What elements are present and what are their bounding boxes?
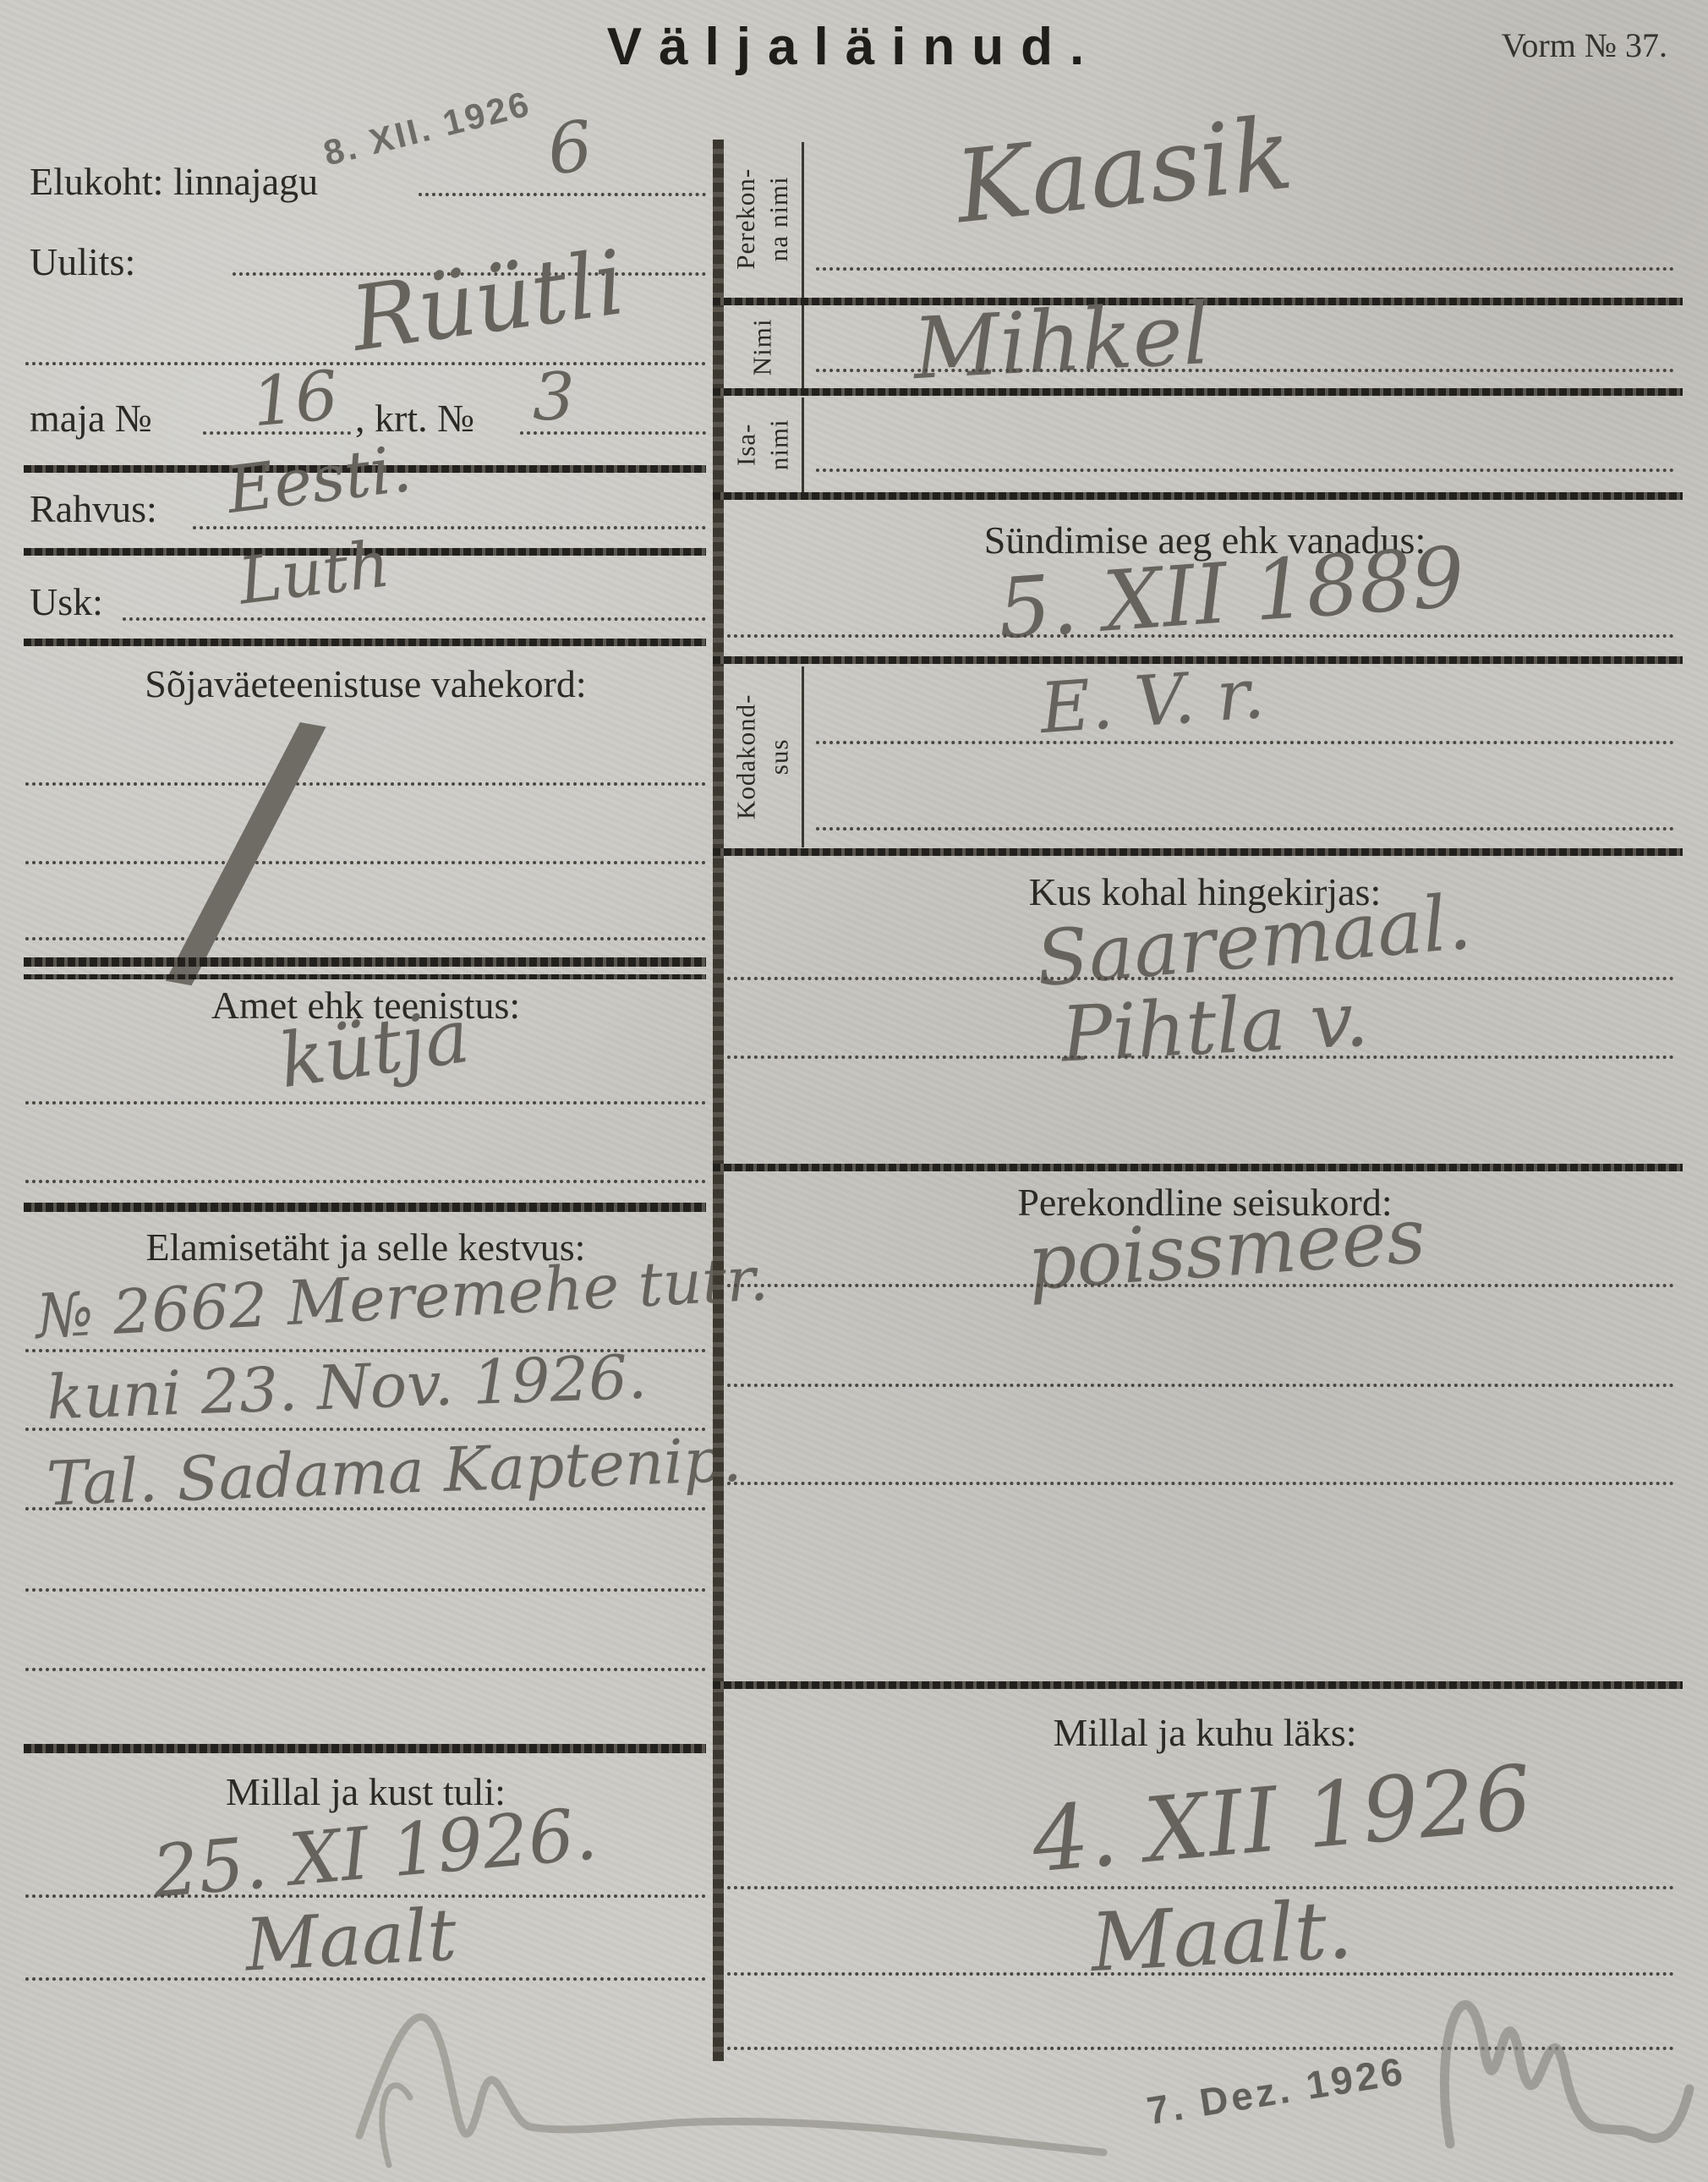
permit-line-4 xyxy=(25,1588,706,1592)
departure-heading: Millal ja kuhu läks: xyxy=(727,1710,1683,1755)
surname-value-handwriting: Kaasik xyxy=(950,95,1298,246)
registration-card: Väljaläinud. Vorm № 37. Elukoht: linnaja… xyxy=(0,0,1708,2182)
military-slash-mark: / xyxy=(161,669,332,1022)
citizenship-line-1 xyxy=(816,741,1674,744)
fathername-label-separator xyxy=(802,397,804,492)
permit-line2-handwriting: kuni 23. Nov. 1926. xyxy=(46,1341,649,1434)
section-rule xyxy=(24,1203,706,1212)
received-date-stamp: 8. XII. 1926 xyxy=(320,83,535,173)
section-rule xyxy=(713,848,1683,856)
citizenship-label-separator xyxy=(802,666,804,847)
departed-date-stamp: 7. Dez. 1926 xyxy=(1144,2048,1409,2134)
nationality-value-handwriting: Eesti. xyxy=(222,430,415,528)
residence-line xyxy=(419,193,706,196)
permit-line3-handwriting: Tal. Sadama Kaptenip. xyxy=(46,1424,743,1520)
departure-line-1 xyxy=(727,1886,1674,1889)
residence-value-handwriting: 6 xyxy=(544,107,596,191)
religion-line xyxy=(123,617,706,621)
section-rule xyxy=(24,957,706,967)
fathername-line xyxy=(816,469,1674,472)
register-line2-handwriting: Pihtla v. xyxy=(1059,975,1371,1080)
firstname-value-handwriting: Mihkel xyxy=(911,284,1212,398)
form-number: Vorm № 37. xyxy=(1502,25,1667,65)
street-label: Uulits: xyxy=(30,239,135,284)
marital-line-1 xyxy=(727,1284,1674,1287)
fathername-label: Isa- nimi xyxy=(724,397,802,492)
occupation-line-1 xyxy=(25,1101,706,1105)
house-label: maja № xyxy=(30,396,152,441)
section-rule xyxy=(24,1744,706,1753)
residence-label: Elukoht: linnajagu xyxy=(30,159,318,204)
section-rule xyxy=(713,388,1683,396)
firstname-label: Nimi xyxy=(724,305,802,388)
street-line-2 xyxy=(25,362,706,365)
occupation-line-2 xyxy=(25,1180,706,1183)
departure-date-handwriting: 4. XII 1926 xyxy=(1028,1746,1536,1892)
pencil-signature-left xyxy=(338,1962,1133,2178)
register-line-1 xyxy=(727,977,1674,980)
apartment-value-handwriting: 3 xyxy=(533,359,575,436)
firstname-label-separator xyxy=(802,305,804,388)
military-line-3 xyxy=(25,937,706,940)
nationality-label: Rahvus: xyxy=(30,486,157,531)
military-line-1 xyxy=(25,782,706,786)
house-value-handwriting: 16 xyxy=(249,356,342,442)
marital-line-3 xyxy=(727,1482,1674,1485)
surname-label: Perekon- na nimi xyxy=(724,142,802,296)
nationality-line xyxy=(193,526,706,529)
birth-line xyxy=(727,634,1674,638)
religion-value-handwriting: Luth xyxy=(234,525,393,618)
section-rule xyxy=(24,639,706,646)
firstname-line xyxy=(816,369,1674,372)
section-rule xyxy=(713,1681,1683,1689)
section-rule xyxy=(24,974,706,979)
pencil-signature-right xyxy=(1421,1920,1704,2178)
citizenship-line-2 xyxy=(816,827,1674,831)
section-rule xyxy=(713,1164,1683,1171)
citizenship-label: Kodakond- sus xyxy=(724,666,802,847)
marital-line-2 xyxy=(727,1384,1674,1387)
surname-line xyxy=(816,267,1674,271)
military-line-2 xyxy=(25,861,706,864)
permit-line-5 xyxy=(25,1668,706,1671)
street-value-handwriting: Rüütli xyxy=(345,231,631,371)
surname-label-separator xyxy=(802,142,804,298)
religion-label: Usk: xyxy=(30,579,103,624)
column-divider xyxy=(713,140,724,2061)
page-title: Väljaläinud. xyxy=(0,17,1708,77)
section-rule xyxy=(713,492,1683,500)
register-line-2 xyxy=(727,1055,1674,1059)
citizenship-value-handwriting: E. V. r. xyxy=(1037,654,1267,749)
arrival-heading: Millal ja kust tuli: xyxy=(25,1769,706,1814)
military-heading: Sõjaväeteenistuse vahekord: xyxy=(25,661,706,706)
permit-line-3 xyxy=(25,1507,706,1510)
